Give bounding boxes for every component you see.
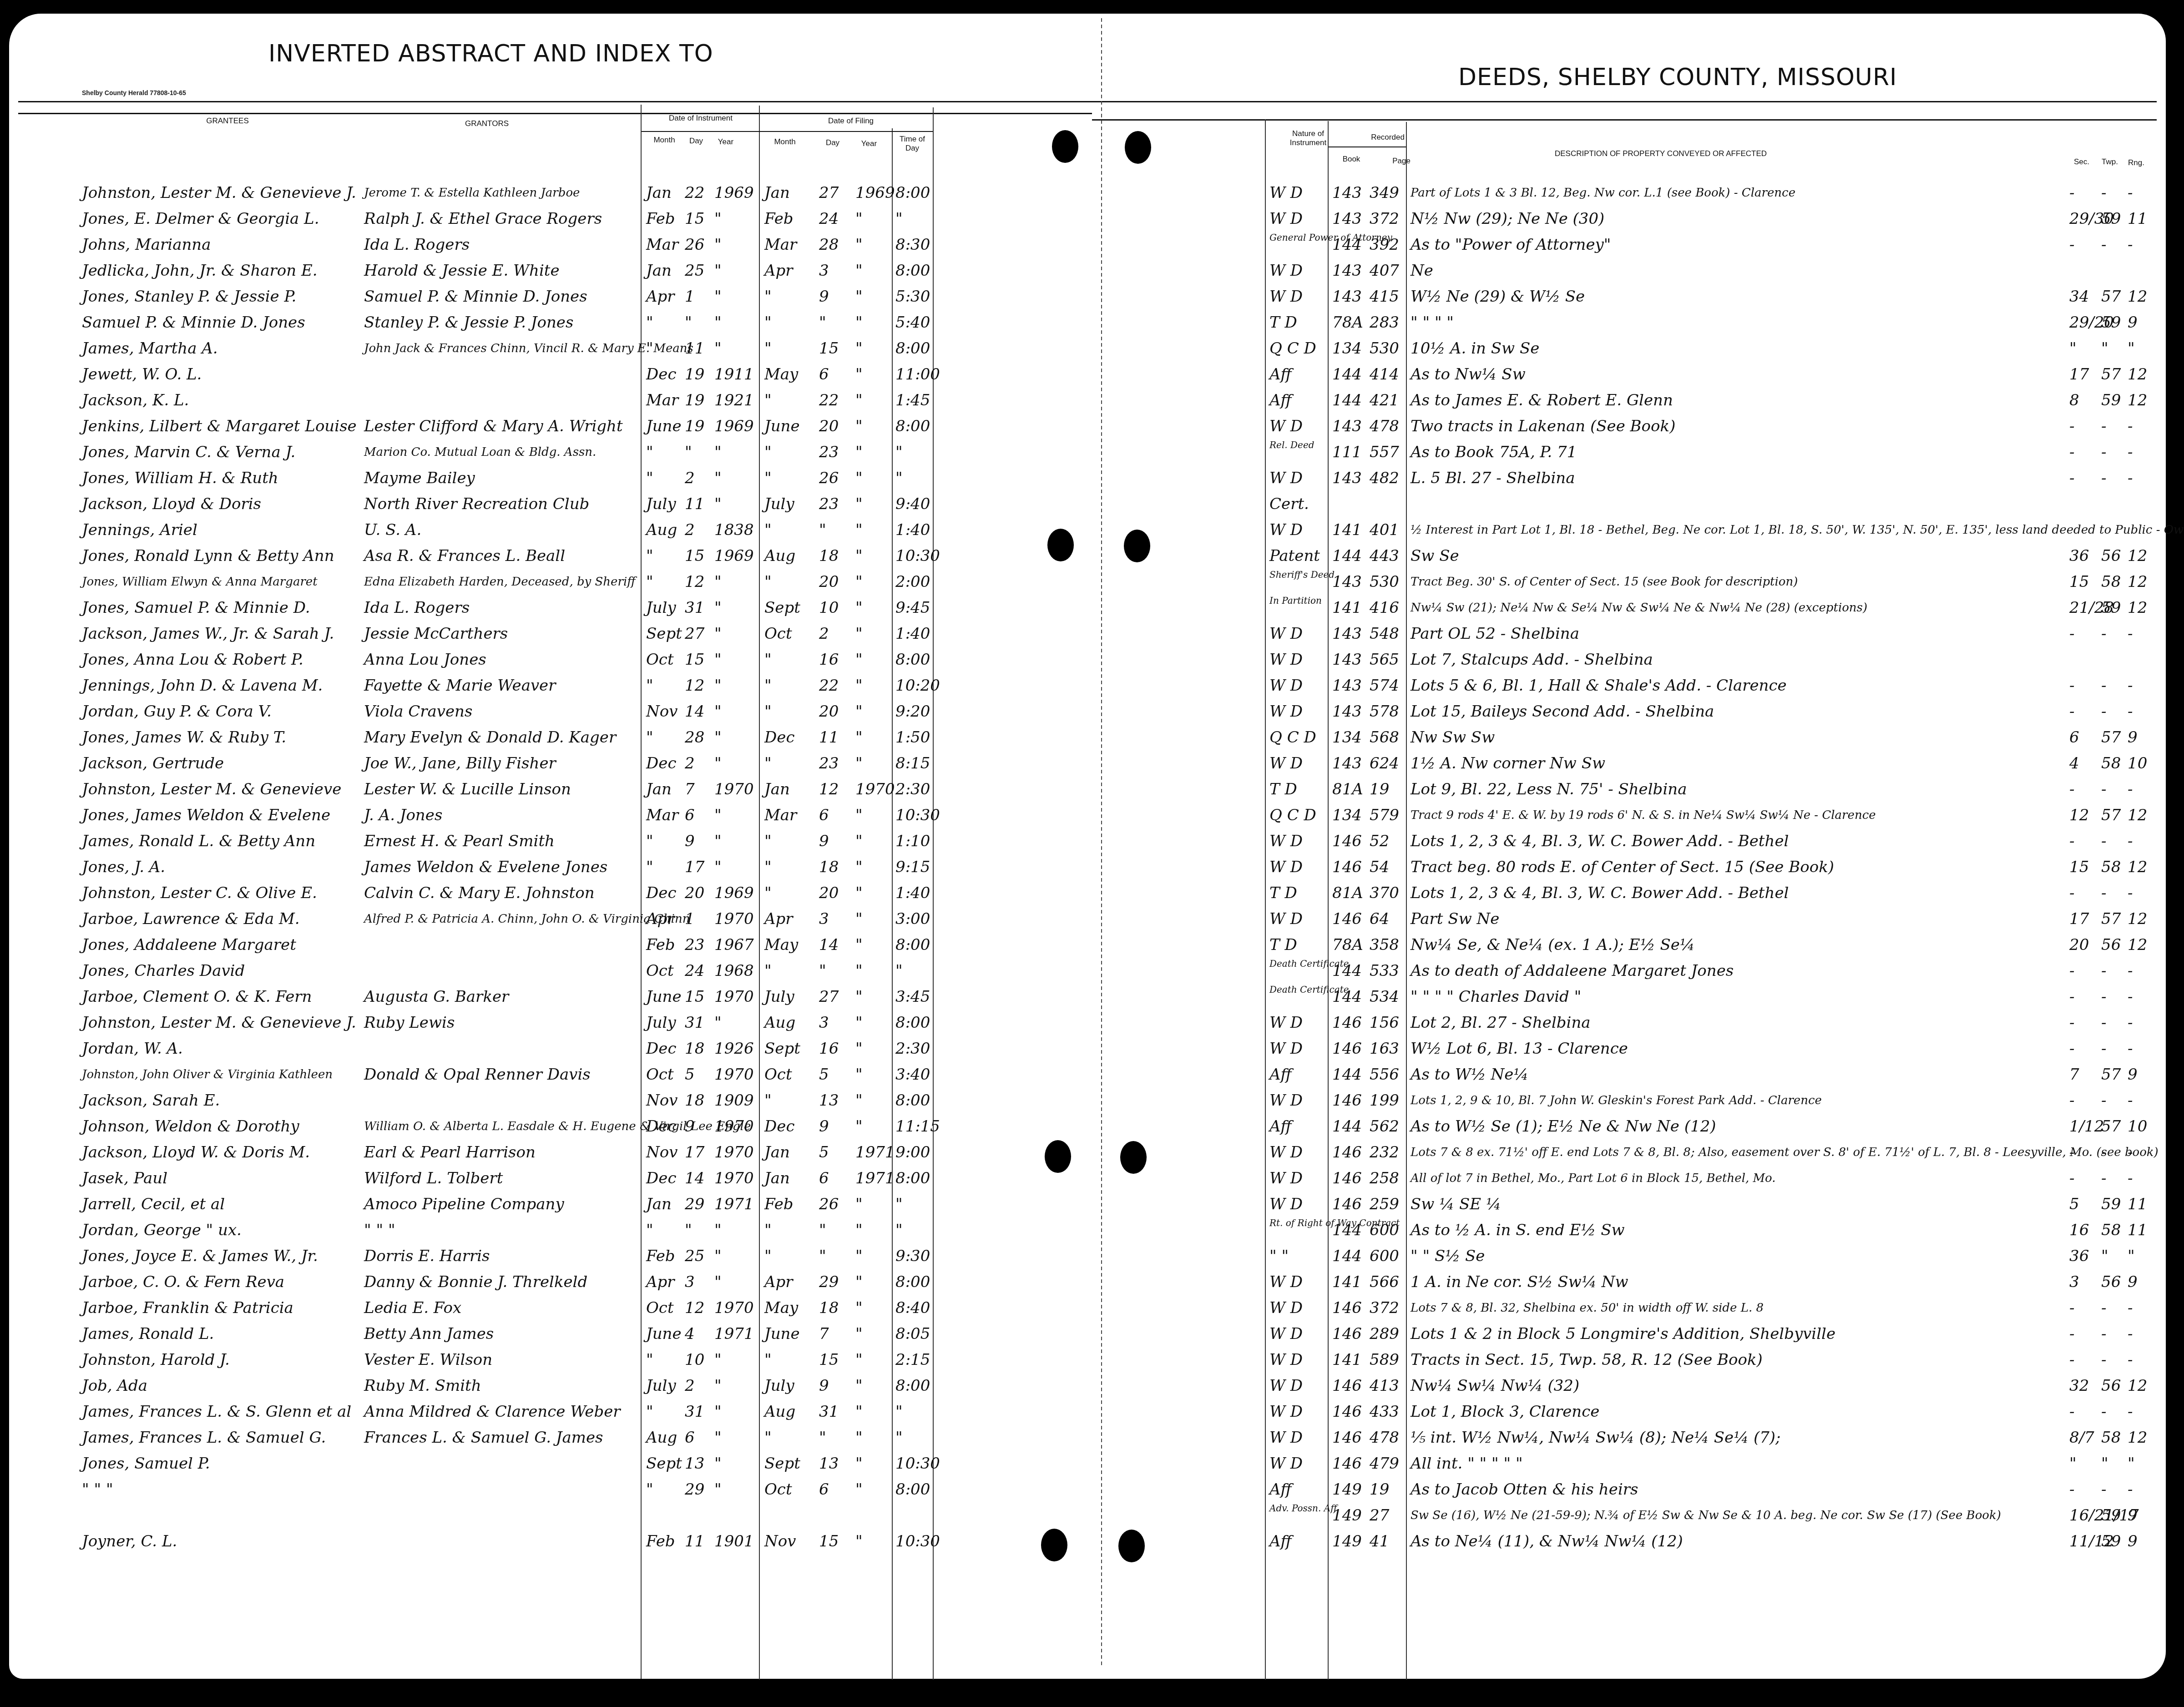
- book-cell: 146: [1332, 1373, 1362, 1399]
- nature-of-instrument-cell: " ": [1269, 1243, 1289, 1269]
- twp-cell: -: [2101, 673, 2107, 699]
- nature-of-instrument-cell: Q C D: [1269, 803, 1316, 828]
- book-cell: 144: [1332, 388, 1362, 414]
- twp-cell: -: [2101, 1295, 2107, 1321]
- filing-year-cell: ": [855, 310, 863, 336]
- sec-cell: -: [2069, 1166, 2075, 1192]
- nature-of-instrument-cell: W D: [1269, 828, 1303, 854]
- filing-day-cell: 11: [819, 725, 839, 751]
- time-of-day-cell: 8:00: [895, 258, 930, 284]
- time-of-day-cell: 10:30: [895, 543, 932, 569]
- grantor-cell: Fayette & Marie Weaver: [364, 673, 556, 699]
- instrument-day-cell: 11: [685, 336, 704, 362]
- description-cell: Sw Se (16), W½ Ne (21-59-9); N.¾ of E½ S…: [1410, 1503, 2001, 1529]
- filing-year-cell: ": [855, 1243, 863, 1269]
- filing-year-cell: ": [855, 336, 863, 362]
- filing-month-cell: ": [764, 751, 772, 777]
- rng-cell: -: [2128, 673, 2133, 699]
- filing-month-cell: ": [764, 388, 772, 414]
- page-header: Page: [1383, 157, 1420, 166]
- time-of-day-cell: 3:45: [895, 984, 930, 1010]
- description-cell: Tract beg. 80 rods E. of Center of Sect.…: [1410, 854, 1834, 880]
- time-of-day-cell: 8:00: [895, 414, 930, 439]
- sec-cell: 29/20: [2069, 310, 2097, 336]
- table-row: Jackson, Sarah E.Nov181909"13"8:00W D146…: [0, 1088, 2184, 1114]
- description-cell: N½ Nw (29); Ne Ne (30): [1410, 206, 1604, 232]
- rng-cell: 10: [2128, 751, 2147, 777]
- page-cell: 19: [1370, 1477, 1389, 1503]
- filing-year-cell: ": [855, 465, 863, 491]
- rng-cell: -: [2128, 1010, 2133, 1036]
- instrument-month-cell: Dec: [646, 1114, 676, 1140]
- filing-day-cell: 6: [819, 1477, 829, 1503]
- instrument-day-cell: 22: [685, 180, 704, 206]
- sec-cell: 5: [2069, 1192, 2079, 1217]
- instrument-day-cell: 1: [685, 906, 695, 932]
- filing-month-cell: ": [764, 517, 772, 543]
- table-row: Jones, William Elwyn & Anna MargaretEdna…: [0, 569, 2184, 595]
- filing-month-cell: June: [764, 414, 800, 439]
- sec-cell: -: [2069, 699, 2075, 725]
- description-cell: Lot 15, Baileys Second Add. - Shelbina: [1410, 699, 1714, 725]
- sec-cell: -: [2069, 1347, 2075, 1373]
- instrument-day-cell: 17: [685, 854, 704, 880]
- instrument-day-cell: 31: [685, 1010, 704, 1036]
- book-cell: 146: [1332, 1036, 1362, 1062]
- instrument-year-cell: ": [714, 1217, 722, 1243]
- grantor-cell: John Jack & Frances Chinn, Vincil R. & M…: [364, 336, 637, 362]
- filing-month-cell: July: [764, 984, 794, 1010]
- filing-day-cell: 20: [819, 880, 839, 906]
- grantor-cell: U. S. A.: [364, 517, 421, 543]
- twp-cell: 57: [2101, 1114, 2121, 1140]
- grantee-cell: Jones, William Elwyn & Anna Margaret: [82, 569, 318, 595]
- description-cell: Lots 1, 2, 9 & 10, Bl. 7 John W. Gleskin…: [1410, 1088, 1822, 1114]
- sec-cell: -: [2069, 958, 2075, 984]
- grantee-cell: Jackson, Lloyd W. & Doris M.: [82, 1140, 310, 1166]
- sec-cell: 8: [2069, 388, 2079, 414]
- sec-cell: 36: [2069, 543, 2089, 569]
- sec-cell: 1/12: [2069, 1114, 2097, 1140]
- nature-of-instrument-cell: W D: [1269, 1010, 1303, 1036]
- instrument-month-cell: ": [646, 1217, 653, 1243]
- instrument-month-cell: Dec: [646, 751, 676, 777]
- book-cell: 78A: [1332, 310, 1363, 336]
- filing-month-cell: Jan: [764, 777, 790, 803]
- filing-day-cell: 6: [819, 1166, 829, 1192]
- instrument-month-cell: Jan: [646, 180, 672, 206]
- grantee-cell: Jones, Samuel P. & Minnie D.: [82, 595, 310, 621]
- instrument-month-cell: Dec: [646, 362, 676, 388]
- grantor-cell: Stanley P. & Jessie P. Jones: [364, 310, 573, 336]
- filing-month-cell: Aug: [764, 543, 795, 569]
- nature-of-instrument-cell: W D: [1269, 1425, 1303, 1451]
- filing-month-cell: July: [764, 491, 794, 517]
- time-of-day-cell: 10:30: [895, 803, 932, 828]
- filing-month-cell: Feb: [764, 1192, 794, 1217]
- time-of-day-cell: 8:40: [895, 1295, 930, 1321]
- filing-month-cell: ": [764, 336, 772, 362]
- grantee-cell: Samuel P. & Minnie D. Jones: [82, 310, 305, 336]
- filing-day-cell: ": [819, 517, 826, 543]
- filing-day-cell: 15: [819, 1347, 839, 1373]
- table-row: Jarboe, Lawrence & Eda M.Alfred P. & Pat…: [0, 906, 2184, 932]
- page-cell: 482: [1370, 465, 1399, 491]
- page-cell: 443: [1370, 543, 1399, 569]
- filing-year-cell: ": [855, 958, 863, 984]
- grantor-cell: Jessie McCarthers: [364, 621, 508, 647]
- table-row: Jones, Marvin C. & Verna J.Marion Co. Mu…: [0, 439, 2184, 465]
- description-cell: Lots 7 & 8 ex. 71½' off E. end Lots 7 & …: [1410, 1140, 2057, 1166]
- grantee-cell: Jennings, Ariel: [82, 517, 197, 543]
- instrument-month-cell: Aug: [646, 1425, 677, 1451]
- filing-year-cell: 1970: [855, 777, 892, 803]
- instrument-day-cell: 5: [685, 1062, 695, 1088]
- instrument-day-cell: 14: [685, 699, 704, 725]
- time-of-day-cell: 8:00: [895, 1269, 930, 1295]
- nature-of-instrument-cell: W D: [1269, 1166, 1303, 1192]
- table-row: Jackson, Lloyd W. & Doris M.Earl & Pearl…: [0, 1140, 2184, 1166]
- filing-day-cell: 20: [819, 699, 839, 725]
- twp-cell: 58: [2101, 854, 2121, 880]
- description-cell: As to ½ A. in S. end E½ Sw: [1410, 1217, 1625, 1243]
- filing-month-cell: June: [764, 1321, 800, 1347]
- table-row: Jones, William H. & RuthMayme Bailey"2""…: [0, 465, 2184, 491]
- book-cell: 143: [1332, 699, 1362, 725]
- filing-month-cell: Sept: [764, 1036, 800, 1062]
- page-cell: 579: [1370, 803, 1399, 828]
- grantee-cell: Jewett, W. O. L.: [82, 362, 202, 388]
- instrument-year-cell: ": [714, 854, 722, 880]
- book-cell: 146: [1332, 1166, 1362, 1192]
- filing-year-cell: ": [855, 984, 863, 1010]
- time-of-day-cell: 3:00: [895, 906, 930, 932]
- instrument-month-cell: ": [646, 439, 653, 465]
- filing-month-cell: ": [764, 828, 772, 854]
- sec-cell: -: [2069, 1399, 2075, 1425]
- grantee-cell: Jackson, Gertrude: [82, 751, 224, 777]
- left-page-title: INVERTED ABSTRACT AND INDEX TO: [268, 40, 713, 67]
- rng-cell: 9: [2128, 310, 2138, 336]
- table-row: Johnson, Weldon & DorothyWilliam O. & Al…: [0, 1114, 2184, 1140]
- instrument-month-cell: Apr: [646, 1269, 675, 1295]
- sec-cell: -: [2069, 439, 2075, 465]
- instrument-day-cell: 19: [685, 414, 704, 439]
- filing-day-cell: 2: [819, 621, 829, 647]
- inst-month-header: Month: [648, 136, 680, 145]
- filing-month-cell: ": [764, 310, 772, 336]
- table-row: Jordan, Guy P. & Cora V.Viola CravensNov…: [0, 699, 2184, 725]
- book-cell: 143: [1332, 180, 1362, 206]
- twp-cell: 59: [2101, 1503, 2121, 1529]
- nature-of-instrument-cell: T D: [1269, 310, 1297, 336]
- time-of-day-cell: ": [895, 1425, 903, 1451]
- description-cell: Part Sw Ne: [1410, 906, 1499, 932]
- instrument-year-cell: 1970: [714, 1140, 754, 1166]
- page-cell: 574: [1370, 673, 1399, 699]
- rng-cell: -: [2128, 621, 2133, 647]
- instrument-month-cell: June: [646, 984, 682, 1010]
- sec-cell: 36: [2069, 1243, 2089, 1269]
- printer-mark: Shelby County Herald 77808-10-65: [82, 89, 186, 96]
- twp-cell: 59: [2101, 595, 2121, 621]
- filing-year-cell: ": [855, 362, 863, 388]
- page-cell: 433: [1370, 1399, 1399, 1425]
- instrument-month-cell: Jan: [646, 777, 672, 803]
- filing-year-cell: ": [855, 258, 863, 284]
- time-of-day-cell: 1:40: [895, 517, 930, 543]
- nature-of-instrument-cell: W D: [1269, 1192, 1303, 1217]
- sec-cell: 16: [2069, 1217, 2089, 1243]
- rng-cell: -: [2128, 180, 2133, 206]
- page-cell: 401: [1370, 517, 1399, 543]
- nature-of-instrument-header: Nature of Instrument: [1283, 129, 1333, 147]
- nature-of-instrument-cell: W D: [1269, 1451, 1303, 1477]
- description-cell: As to James E. & Robert E. Glenn: [1410, 388, 1673, 414]
- table-row: Jones, Samuel P.Sept13"Sept13"10:30W D14…: [0, 1451, 2184, 1477]
- nature-of-instrument-cell: Death Certificate: [1269, 958, 1329, 969]
- page-cell: 370: [1370, 880, 1399, 906]
- twp-cell: 56: [2101, 1269, 2121, 1295]
- instrument-day-cell: 29: [685, 1477, 704, 1503]
- twp-cell: 57: [2101, 906, 2121, 932]
- description-cell: Sw ¼ SE ¼: [1410, 1192, 1501, 1217]
- filing-year-cell: ": [855, 1192, 863, 1217]
- book-cell: 143: [1332, 206, 1362, 232]
- rng-cell: -: [2128, 1140, 2133, 1166]
- page-cell: 578: [1370, 699, 1399, 725]
- grantee-cell: Johnston, Harold J.: [82, 1347, 230, 1373]
- instrument-year-cell: 1911: [714, 362, 754, 388]
- rng-cell: 10: [2128, 1114, 2147, 1140]
- sec-cell: 12: [2069, 803, 2089, 828]
- filing-year-cell: ": [855, 1088, 863, 1114]
- description-cell: Lot 2, Bl. 27 - Shelbina: [1410, 1010, 1591, 1036]
- instrument-day-cell: 6: [685, 1425, 695, 1451]
- sec-cell: -: [2069, 1036, 2075, 1062]
- instrument-year-cell: ": [714, 803, 722, 828]
- instrument-year-cell: ": [714, 1347, 722, 1373]
- filing-year-cell: ": [855, 725, 863, 751]
- rng-cell: -: [2128, 880, 2133, 906]
- grantee-cell: Johnston, Lester M. & Genevieve: [82, 777, 341, 803]
- instrument-day-cell: 2: [685, 517, 695, 543]
- grantor-cell: Vester E. Wilson: [364, 1347, 492, 1373]
- instrument-year-cell: ": [714, 1425, 722, 1451]
- page-cell: 589: [1370, 1347, 1399, 1373]
- filing-year-cell: ": [855, 1425, 863, 1451]
- book-cell: 144: [1332, 1114, 1362, 1140]
- binder-hole: [1125, 131, 1151, 164]
- time-of-day-cell: 11:15: [895, 1114, 932, 1140]
- time-of-day-cell: 9:30: [895, 1243, 930, 1269]
- description-cell: Part OL 52 - Shelbina: [1410, 621, 1579, 647]
- filing-month-cell: Nov: [764, 1529, 796, 1555]
- instrument-year-cell: 1926: [714, 1036, 754, 1062]
- instrument-day-cell: 2: [685, 1373, 695, 1399]
- description-cell: 10½ A. in Sw Se: [1410, 336, 1539, 362]
- sec-cell: 32: [2069, 1373, 2089, 1399]
- instrument-month-cell: ": [646, 1477, 653, 1503]
- rng-cell: -: [2128, 1166, 2133, 1192]
- filing-year-cell: ": [855, 751, 863, 777]
- book-cell: 146: [1332, 1295, 1362, 1321]
- nature-of-instrument-cell: W D: [1269, 1140, 1303, 1166]
- time-of-day-cell: 10:20: [895, 673, 932, 699]
- description-cell: Lots 1, 2, 3 & 4, Bl. 3, W. C. Bower Add…: [1410, 828, 1789, 854]
- description-cell: As to "Power of Attorney": [1410, 232, 1611, 258]
- table-row: Samuel P. & Minnie D. JonesStanley P. & …: [0, 310, 2184, 336]
- page-cell: 163: [1370, 1036, 1399, 1062]
- instrument-day-cell: 15: [685, 647, 704, 673]
- instrument-month-cell: ": [646, 1399, 653, 1425]
- grantor-cell: Wilford L. Tolbert: [364, 1166, 503, 1192]
- table-row: Jones, Charles DavidOct241968""""Death C…: [0, 958, 2184, 984]
- grantee-cell: Jones, James Weldon & Evelene: [82, 803, 330, 828]
- sec-cell: -: [2069, 1140, 2075, 1166]
- instrument-month-cell: Apr: [646, 906, 675, 932]
- book-cell: 144: [1332, 543, 1362, 569]
- time-of-day-cell: ": [895, 465, 903, 491]
- instrument-month-cell: Mar: [646, 388, 678, 414]
- book-cell: 146: [1332, 1321, 1362, 1347]
- nature-of-instrument-cell: W D: [1269, 854, 1303, 880]
- filing-day-cell: 23: [819, 751, 839, 777]
- filing-month-cell: May: [764, 362, 798, 388]
- book-cell: 143: [1332, 673, 1362, 699]
- grantor-cell: Alfred P. & Patricia A. Chinn, John O. &…: [364, 906, 637, 932]
- instrument-year-cell: ": [714, 569, 722, 595]
- grantor-cell: Mayme Bailey: [364, 465, 475, 491]
- instrument-month-cell: Mar: [646, 803, 678, 828]
- instrument-year-cell: 1971: [714, 1192, 754, 1217]
- sec-cell: -: [2069, 621, 2075, 647]
- nature-of-instrument-cell: W D: [1269, 1347, 1303, 1373]
- book-cell: 149: [1332, 1529, 1362, 1555]
- grantor-cell: Marion Co. Mutual Loan & Bldg. Assn.: [364, 439, 596, 465]
- grantor-cell: Earl & Pearl Harrison: [364, 1140, 536, 1166]
- book-cell: 143: [1332, 621, 1362, 647]
- table-row: Jordan, W. A.Dec181926Sept16"2:30W D1461…: [0, 1036, 2184, 1062]
- instrument-year-cell: ": [714, 725, 722, 751]
- grantor-cell: Ruby Lewis: [364, 1010, 455, 1036]
- instrument-year-cell: 1970: [714, 777, 754, 803]
- page-cell: 413: [1370, 1373, 1399, 1399]
- filing-month-cell: May: [764, 932, 798, 958]
- instrument-year-cell: ": [714, 673, 722, 699]
- instrument-year-cell: ": [714, 258, 722, 284]
- grantor-cell: Harold & Jessie E. White: [364, 258, 560, 284]
- filing-month-cell: ": [764, 699, 772, 725]
- sec-cell: 15: [2069, 854, 2089, 880]
- book-cell: 146: [1332, 1399, 1362, 1425]
- instrument-year-cell: 1921: [714, 388, 754, 414]
- description-cell: As to W½ Ne¼: [1410, 1062, 1528, 1088]
- filing-day-cell: 22: [819, 388, 839, 414]
- page-cell: 421: [1370, 388, 1399, 414]
- table-row: James, Frances L. & S. Glenn et alAnna M…: [0, 1399, 2184, 1425]
- page-cell: 27: [1370, 1503, 1389, 1529]
- twp-cell: 59: [2101, 1529, 2121, 1555]
- header-rule-bottom-left: [18, 113, 1092, 114]
- table-row: Jennings, John D. & Lavena M.Fayette & M…: [0, 673, 2184, 699]
- rng-cell: 12: [2128, 932, 2147, 958]
- book-cell: 141: [1332, 517, 1362, 543]
- twp-cell: -: [2101, 621, 2107, 647]
- twp-cell: ": [2101, 1243, 2108, 1269]
- instrument-month-cell: ": [646, 336, 653, 362]
- filing-month-cell: Oct: [764, 1477, 792, 1503]
- filing-day-cell: 29: [819, 1269, 839, 1295]
- time-of-day-cell: ": [895, 958, 903, 984]
- nature-of-instrument-cell: T D: [1269, 880, 1297, 906]
- filing-day-cell: 31: [819, 1399, 839, 1425]
- book-cell: 149: [1332, 1503, 1362, 1529]
- nature-of-instrument-cell: W D: [1269, 1373, 1303, 1399]
- sec-cell: -: [2069, 1088, 2075, 1114]
- filing-month-cell: ": [764, 569, 772, 595]
- instrument-year-cell: 1970: [714, 1166, 754, 1192]
- nature-of-instrument-cell: T D: [1269, 777, 1297, 803]
- sec-cell: 3: [2069, 1269, 2079, 1295]
- time-of-day-cell: 8:00: [895, 647, 930, 673]
- filing-year-cell: ": [855, 1529, 863, 1555]
- grantee-cell: Jarboe, C. O. & Fern Reva: [82, 1269, 284, 1295]
- filing-month-cell: ": [764, 1217, 772, 1243]
- grantee-cell: Johnston, Lester C. & Olive E.: [82, 880, 317, 906]
- instrument-year-cell: 1909: [714, 1088, 754, 1114]
- time-of-day-cell: 2:00: [895, 569, 930, 595]
- rng-cell: -: [2128, 232, 2133, 258]
- instrument-day-cell: 11: [685, 491, 704, 517]
- filing-day-cell: ": [819, 310, 826, 336]
- nature-of-instrument-cell: Adv. Possn. Aff: [1269, 1503, 1329, 1514]
- nature-of-instrument-cell: W D: [1269, 1269, 1303, 1295]
- rng-cell: 9: [2128, 1529, 2138, 1555]
- instrument-day-cell: ": [685, 439, 692, 465]
- instrument-day-cell: 12: [685, 673, 704, 699]
- time-of-day-cell: 8:00: [895, 1166, 930, 1192]
- twp-cell: 57: [2101, 1062, 2121, 1088]
- book-cell: 144: [1332, 232, 1362, 258]
- description-cell: Tracts in Sect. 15, Twp. 58, R. 12 (See …: [1410, 1347, 1763, 1373]
- description-cell: Tract Beg. 30' S. of Center of Sect. 15 …: [1410, 569, 1798, 595]
- sec-cell: 4: [2069, 751, 2079, 777]
- page-cell: 19: [1370, 777, 1389, 803]
- instrument-day-cell: 7: [685, 777, 695, 803]
- nature-of-instrument-cell: W D: [1269, 1321, 1303, 1347]
- filing-year-cell: ": [855, 1036, 863, 1062]
- table-row: Jones, E. Delmer & Georgia L.Ralph J. & …: [0, 206, 2184, 232]
- sec-header: Sec.: [2070, 157, 2093, 167]
- filing-day-cell: 23: [819, 439, 839, 465]
- grantors-header: GRANTORS: [446, 119, 528, 128]
- book-cell: 141: [1332, 1269, 1362, 1295]
- instrument-month-cell: Feb: [646, 1529, 675, 1555]
- time-of-day-cell: ": [895, 1217, 903, 1243]
- filing-month-cell: ": [764, 1243, 772, 1269]
- sec-cell: -: [2069, 1295, 2075, 1321]
- filing-year-cell: ": [855, 699, 863, 725]
- instrument-year-cell: 1970: [714, 1114, 754, 1140]
- twp-cell: -: [2101, 777, 2107, 803]
- page-cell: 530: [1370, 569, 1399, 595]
- grantor-cell: J. A. Jones: [364, 803, 442, 828]
- book-cell: 144: [1332, 1062, 1362, 1088]
- twp-cell: -: [2101, 1347, 2107, 1373]
- instrument-year-cell: ": [714, 491, 722, 517]
- time-of-day-cell: 3:40: [895, 1062, 930, 1088]
